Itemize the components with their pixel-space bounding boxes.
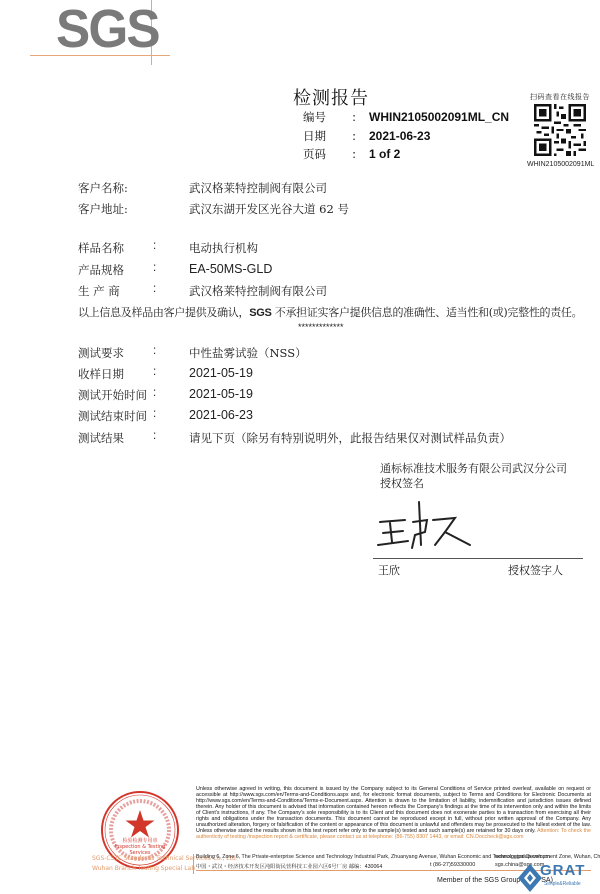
report-title: 检测报告 — [293, 84, 369, 110]
field-label: 客户地址: — [78, 201, 128, 217]
field-label: 测试结果 — [78, 430, 124, 446]
sample-name: 电动执行机构 — [189, 240, 258, 256]
meta-label: 日期 — [303, 128, 339, 144]
sgs-logo: SGS — [56, 2, 159, 56]
client-address-row: 客户地址: 武汉东湖开发区光谷大道 62 号 — [78, 201, 128, 217]
field-label: 测试结束时间 — [78, 408, 147, 424]
grat-watermark: GRAT Simple&Reliable — [518, 862, 600, 894]
test-end-date: 2021-06-23 — [189, 408, 253, 422]
qr-report-id: WHIN2105002091ML — [527, 161, 593, 168]
handwritten-signature — [375, 500, 475, 555]
client-address: 武汉东湖开发区光谷大道 62 号 — [189, 201, 349, 217]
manufacturer-row: 生 产 商 : 武汉格莱特控制阀有限公司 — [78, 283, 120, 299]
grat-logo-icon — [518, 864, 542, 892]
signature-line — [373, 558, 583, 559]
report-number: WHIN2105002091ML_CN — [369, 110, 509, 124]
client-name-row: 客户名称: 武汉格莱特控制阀有限公司 — [78, 180, 128, 196]
sample-name-row: 样品名称 : 电动执行机构 — [78, 240, 124, 256]
field-label: 样品名称 — [78, 240, 124, 256]
meta-label: 页码 — [303, 146, 339, 162]
test-requirement-row: 测试要求 : 中性盐雾试验（NSS） — [78, 345, 124, 361]
field-label: 生 产 商 — [78, 283, 120, 299]
qr-caption: 扫码查看在线报告 — [527, 92, 593, 102]
product-spec: EA-50MS-GLD — [189, 262, 272, 276]
client-name: 武汉格莱特控制阀有限公司 — [189, 180, 327, 196]
test-start-date: 2021-05-19 — [189, 387, 253, 401]
field-label: 客户名称: — [78, 180, 128, 196]
address-cn: 中国・武汉・经济技术开发区沌阳街民营科技工业园六区6号厂房 邮编：430064 — [196, 862, 382, 870]
test-start-row: 测试开始时间 : 2021-05-19 — [78, 387, 147, 403]
separator-stars: ************* — [298, 322, 344, 332]
grat-tagline: Simple&Reliable — [544, 881, 581, 887]
report-date: 2021-06-23 — [369, 129, 430, 143]
field-label: 测试要求 — [78, 345, 124, 361]
telephone: t (86-27)59330000 — [430, 862, 475, 868]
grat-brand: GRAT — [540, 862, 585, 879]
website-link[interactable]: www.sgsgroup.com.cn — [495, 854, 550, 860]
product-spec-row: 产品规格 : EA-50MS-GLD — [78, 262, 124, 278]
test-result-row: 测试结果 : 请见下页（除另有特别说明外，此报告结果仅对测试样品负责） — [78, 430, 124, 446]
field-label: 产品规格 — [78, 262, 124, 278]
test-result: 请见下页（除另有特别说明外，此报告结果仅对测试样品负责） — [189, 430, 511, 446]
page-number-row: 页码:1 of 2 — [303, 146, 400, 162]
signature-org: 通标标准技术服务有限公司武汉分公司 授权签名 — [380, 461, 567, 491]
field-label: 测试开始时间 — [78, 387, 147, 403]
page-number: 1 of 2 — [369, 147, 400, 161]
meta-label: 编号 — [303, 109, 339, 125]
field-label: 收样日期 — [78, 366, 124, 382]
address-divider — [193, 854, 194, 874]
test-end-row: 测试结束时间 : 2021-06-23 — [78, 408, 147, 424]
signer-name: 王欣 — [378, 562, 400, 578]
manufacturer: 武汉格莱特控制阀有限公司 — [189, 283, 327, 299]
receive-date-row: 收样日期 : 2021-05-19 — [78, 366, 124, 382]
test-requirement: 中性盐雾试验（NSS） — [189, 345, 307, 361]
disclaimer-text: 以上信息及样品由客户提供及确认，SGS 不承担证实客户提供信息的准确性、适当性和… — [78, 304, 582, 320]
receive-date: 2021-05-19 — [189, 366, 253, 380]
report-number-row: 编号:WHIN2105002091ML_CN — [303, 109, 509, 125]
qr-code-icon[interactable] — [534, 104, 586, 156]
qr-block: 扫码查看在线报告 WHIN2105002091ML — [527, 92, 593, 168]
authorized-signature-label: 授权签名 — [380, 476, 567, 491]
signer-role: 授权签字人 — [508, 562, 563, 578]
report-date-row: 日期:2021-06-23 — [303, 128, 430, 144]
legal-terms: Unless otherwise agreed in writing, this… — [196, 786, 591, 840]
